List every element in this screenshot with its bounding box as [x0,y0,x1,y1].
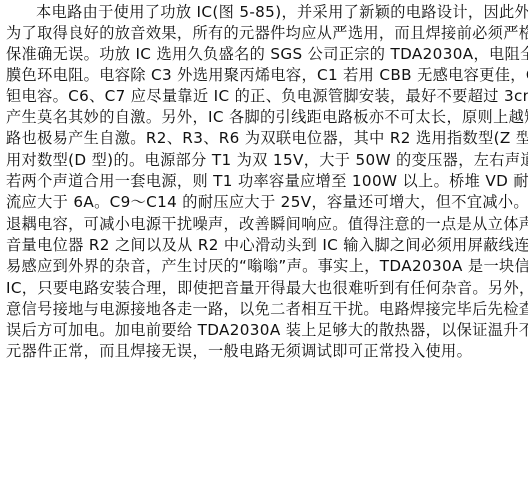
text-line: 产生莫名其妙的自激。另外，IC 各脚的引线距电路板亦不可太长，原则上越短越好，否… [6,107,524,128]
text-line: 退耦电容，可减小电源干扰噪声，改善瞬间响应。值得注意的一点是从立体声信号插口 X… [6,214,524,235]
text-line: 钽电容。C6、C7 应尽量靠近 IC 的正、负电源管脚安装，最好不要超过 3cm… [6,86,524,107]
text-line: 若两个声道合用一套电源，则 T1 功率容量应增至 100W 以上。桥堆 VD 耐… [6,171,524,192]
text-line: 为了取得良好的放音效果，所有的元器件均应从严选用，而且焊接前必须严格测试一遍，确 [6,23,524,44]
text-line: 误后方可加电。加电前要给 TDA2030A 装上足够大的散热器，以保证温升不至太… [6,320,524,341]
text-line: 意信号接地与电源接地各走一路，以免二者相互干扰。电路焊接完毕后先检查一遍，确保无 [6,299,524,320]
text-line: 本电路由于使用了功放 IC(图 5-85)，并采用了新颖的电路设计，因此外围电路… [36,2,524,23]
text-line: 用对数型(D 型)的。电源部分 T1 为双 15V，大于 50W 的变压器，左右… [6,150,524,171]
text-line: IC，只要电路安装合理，即使把音量开得最大也很难听到有任何杂音。另外，焊接时一定… [6,278,524,299]
text-line: 流应大于 6A。C9～C14 的耐压应大于 25V，容量还可增大，但不宜减小。C… [6,192,524,213]
text-line: 保准确无误。功放 IC 选用久负盛名的 SGS 公司正宗的 TDA2030A，电… [6,44,524,65]
text-line: 元器件正常，而且焊接无误，一般电路无须调试即可正常投入使用。 [6,341,524,362]
text-line: 路也极易产生自激。R2、R3、R6 为双联电位器，其中 R2 选用指数型(Z 型… [6,128,524,149]
text-line: 音量电位器 R2 之间以及从 R2 中心滑动头到 IC 输入脚之间必须用屏蔽线连… [6,235,524,256]
text-line: 易感应到外界的杂音，产生讨厌的“嗡嗡”声。事实上，TDA2030A 是一块信噪比… [6,256,524,277]
text-line: 膜色环电阻。电容除 C3 外选用聚丙烯电容，C1 若用 CBB 无感电容更佳，C… [6,65,524,86]
document-page: 本电路由于使用了功放 IC(图 5-85)，并采用了新颖的电路设计，因此外围电路… [0,0,528,481]
